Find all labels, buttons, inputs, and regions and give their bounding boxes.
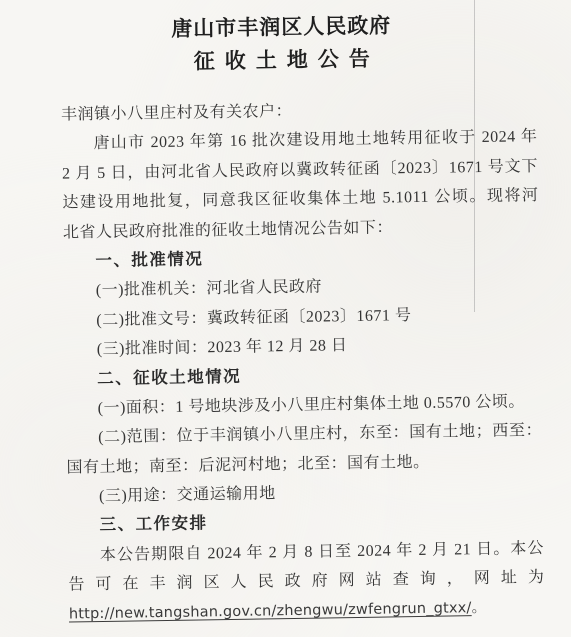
notice-title: 征收土地公告 [0,41,567,80]
notice-url: http://new.tangshan.gov.cn/zhengwu/zwfen… [69,600,472,622]
notice-body: 丰润镇小八里庄村及有关农户： 唐山市 2023 年第 16 批次建设用地土地转用… [61,93,545,629]
notice-content: 唐山市丰润区人民政府 征收土地公告 丰润镇小八里庄村及有关农户： 唐山市 202… [0,0,571,631]
notice-issuer-title: 唐山市丰润区人民政府 [0,8,567,47]
url-period: 。 [471,600,486,616]
scanned-notice-page: 唐山市丰润区人民政府 征收土地公告 丰润镇小八里庄村及有关农户： 唐山市 202… [0,0,571,637]
title-block: 唐山市丰润区人民政府 征收土地公告 [0,0,567,80]
